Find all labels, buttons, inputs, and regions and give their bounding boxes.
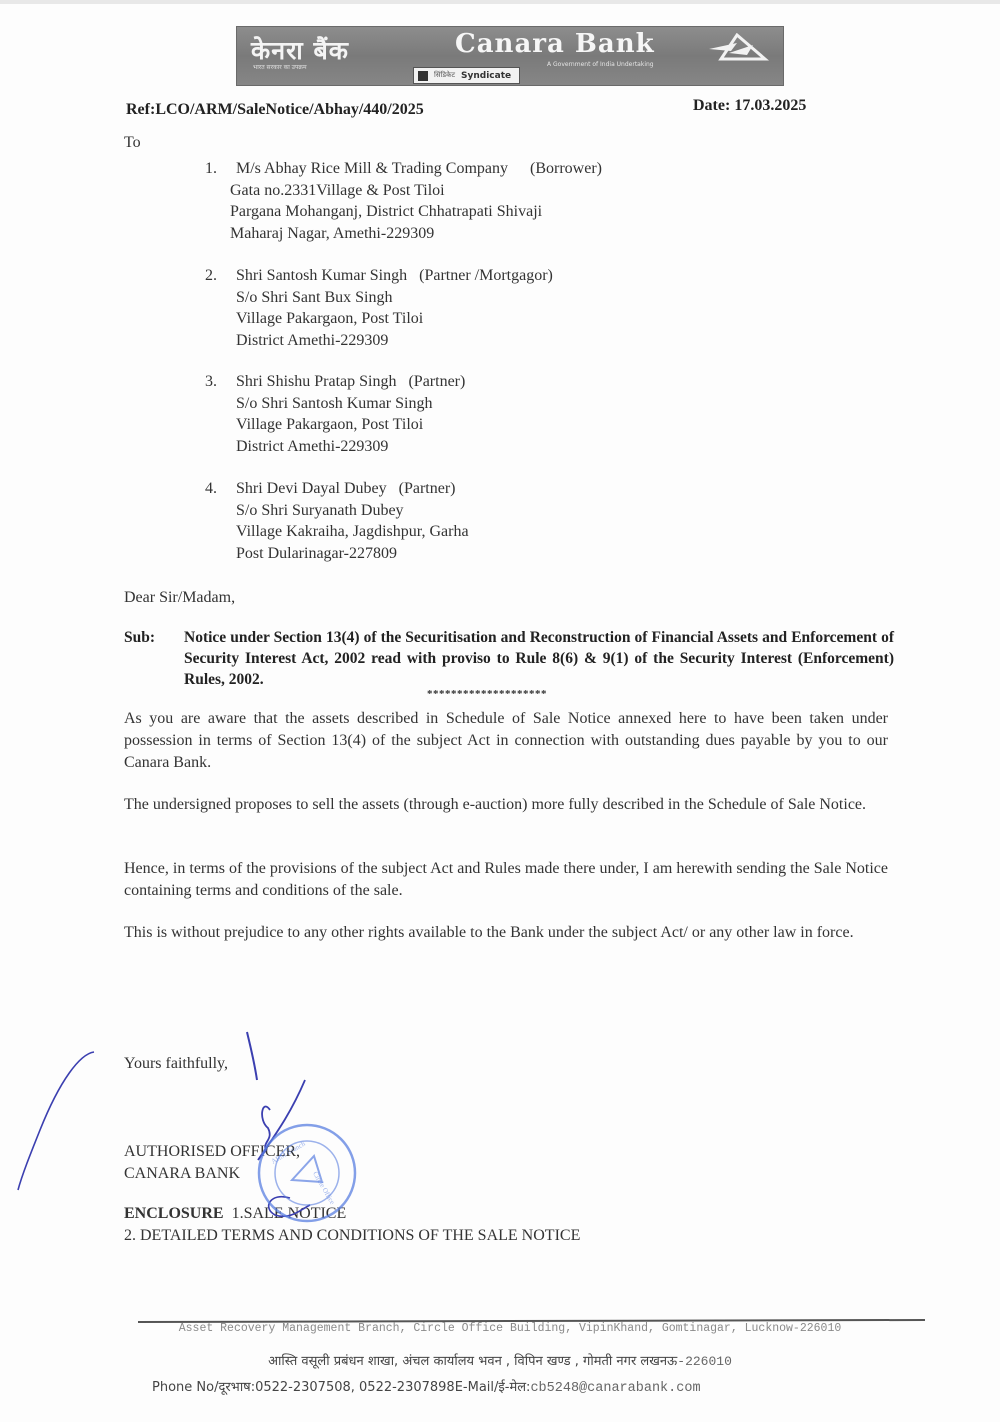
syndicate-name: Syndicate [461, 71, 511, 81]
salutation: Dear Sir/Madam, [124, 589, 235, 607]
addressee-3: 3. Shri Shishu Pratap Singh(Partner) S/o… [205, 371, 465, 457]
addressee-number: 2. [205, 265, 231, 287]
addressee-number: 1. [205, 158, 231, 180]
syndicate-name-hindi: सिंडिकेट [434, 71, 455, 80]
address-line: Village Kakraiha, Jagdishpur, Garha [236, 521, 469, 543]
bank-subtitle-hindi: भारत सरकार का उपक्रम [253, 63, 307, 71]
address-line: S/o Shri Sant Bux Singh [236, 287, 553, 309]
addressee-4: 4. Shri Devi Dayal Dubey(Partner) S/o Sh… [205, 478, 469, 564]
email-address[interactable]: cb5248@canarabank.com [530, 1381, 700, 1396]
enclosure-item: 2. DETAILED TERMS AND CONDITIONS OF THE … [124, 1225, 580, 1247]
address-line: District Amethi-229309 [236, 436, 465, 458]
scan-edge [0, 0, 1000, 4]
address-line: Gata no.2331Village & Post Tiloi [230, 180, 602, 202]
subject-text: Notice under Section 13(4) of the Securi… [184, 627, 894, 690]
addressee-role: (Partner /Mortgagor) [419, 267, 553, 284]
addressee-number: 4. [205, 478, 231, 500]
officer-org: CANARA BANK [124, 1163, 300, 1185]
address-line: Maharaj Nagar, Amethi-229309 [230, 223, 602, 245]
addressee-role: (Borrower) [530, 160, 602, 177]
bank-letterhead: केनरा बैंक भारत सरकार का उपक्रम Canara B… [236, 26, 784, 86]
addressee-name: Shri Santosh Kumar Singh [236, 267, 407, 284]
footer-address-hindi: आस्ति वसूली प्रबंधन शाखा, अंचल कार्यालय … [0, 1351, 1000, 1369]
addressee-name: Shri Shishu Pratap Singh [236, 373, 396, 390]
to-label: To [124, 134, 141, 152]
addressee-name: M/s Abhay Rice Mill & Trading Company [236, 160, 508, 177]
body-paragraph: This is without prejudice to any other r… [124, 922, 888, 944]
letter-date: Date: 17.03.2025 [693, 97, 806, 115]
bank-tagline: A Government of India Undertaking [547, 61, 654, 68]
address-line: S/o Shri Santosh Kumar Singh [236, 393, 465, 415]
reference-number: Ref:LCO/ARM/SaleNotice/Abhay/440/2025 [126, 101, 424, 119]
address-line: Pargana Mohanganj, District Chhatrapati … [230, 201, 602, 223]
phone-numbers: 0522-2307508, 0522-2307898 [255, 1380, 455, 1395]
footer-pincode: -226010 [677, 1354, 732, 1369]
enclosures: ENCLOSURE 1.SALE NOTICE 2. DETAILED TERM… [124, 1203, 580, 1247]
bank-name-english: Canara Bank [455, 29, 655, 59]
addressee-role: (Partner) [408, 373, 465, 390]
letter-page: केनरा बैंक भारत सरकार का उपक्रम Canara B… [0, 0, 1000, 1422]
subject-label: Sub: [124, 627, 155, 648]
addressee-number: 3. [205, 371, 231, 393]
footer-address-english: Asset Recovery Management Branch, Circle… [140, 1322, 880, 1336]
addressee-role: (Partner) [399, 480, 456, 497]
enclosure-label: ENCLOSURE [124, 1205, 224, 1222]
officer-title: AUTHORISED OFFICER, [124, 1141, 300, 1163]
addressee-1: 1. M/s Abhay Rice Mill & Trading Company… [205, 158, 602, 244]
footer-address-hindi-text: आस्ति वसूली प्रबंधन शाखा, अंचल कार्यालय … [268, 1354, 677, 1369]
officer-block: AUTHORISED OFFICER, CANARA BANK [124, 1141, 300, 1185]
body-paragraph: As you are aware that the assets describ… [124, 708, 888, 774]
address-line: Post Dularinagar-227809 [236, 543, 469, 565]
closing: Yours faithfully, [124, 1055, 228, 1073]
address-line: District Amethi-229309 [236, 330, 553, 352]
svg-text:Circle Office: Circle Office [311, 1170, 336, 1206]
footer-contact: Phone No/दूरभाष:0522-2307508, 0522-23078… [152, 1377, 701, 1396]
address-line: S/o Shri Suryanath Dubey [236, 500, 469, 522]
address-line: Village Pakargaon, Post Tiloi [236, 414, 465, 436]
addressee-name: Shri Devi Dayal Dubey [236, 480, 387, 497]
syndicate-merger-badge: सिंडिकेट Syndicate [413, 67, 520, 84]
body-paragraph: The undersigned proposes to sell the ass… [124, 794, 888, 816]
syndicate-logo-icon [418, 71, 428, 81]
subject-block: Sub: Notice under Section 13(4) of the S… [124, 627, 894, 690]
address-line: Village Pakargaon, Post Tiloi [236, 308, 553, 330]
canara-bank-logo-icon [707, 33, 769, 63]
enclosure-item: 1.SALE NOTICE [232, 1205, 347, 1222]
email-label: E-Mail/ई-मेल: [455, 1380, 531, 1395]
bank-name-hindi: केनरा बैंक [251, 33, 349, 67]
phone-label: Phone No/दूरभाष: [152, 1380, 255, 1395]
separator-stars: ******************** [427, 688, 547, 700]
body-paragraph: Hence, in terms of the provisions of the… [124, 858, 888, 902]
addressee-2: 2. Shri Santosh Kumar Singh(Partner /Mor… [205, 265, 553, 351]
